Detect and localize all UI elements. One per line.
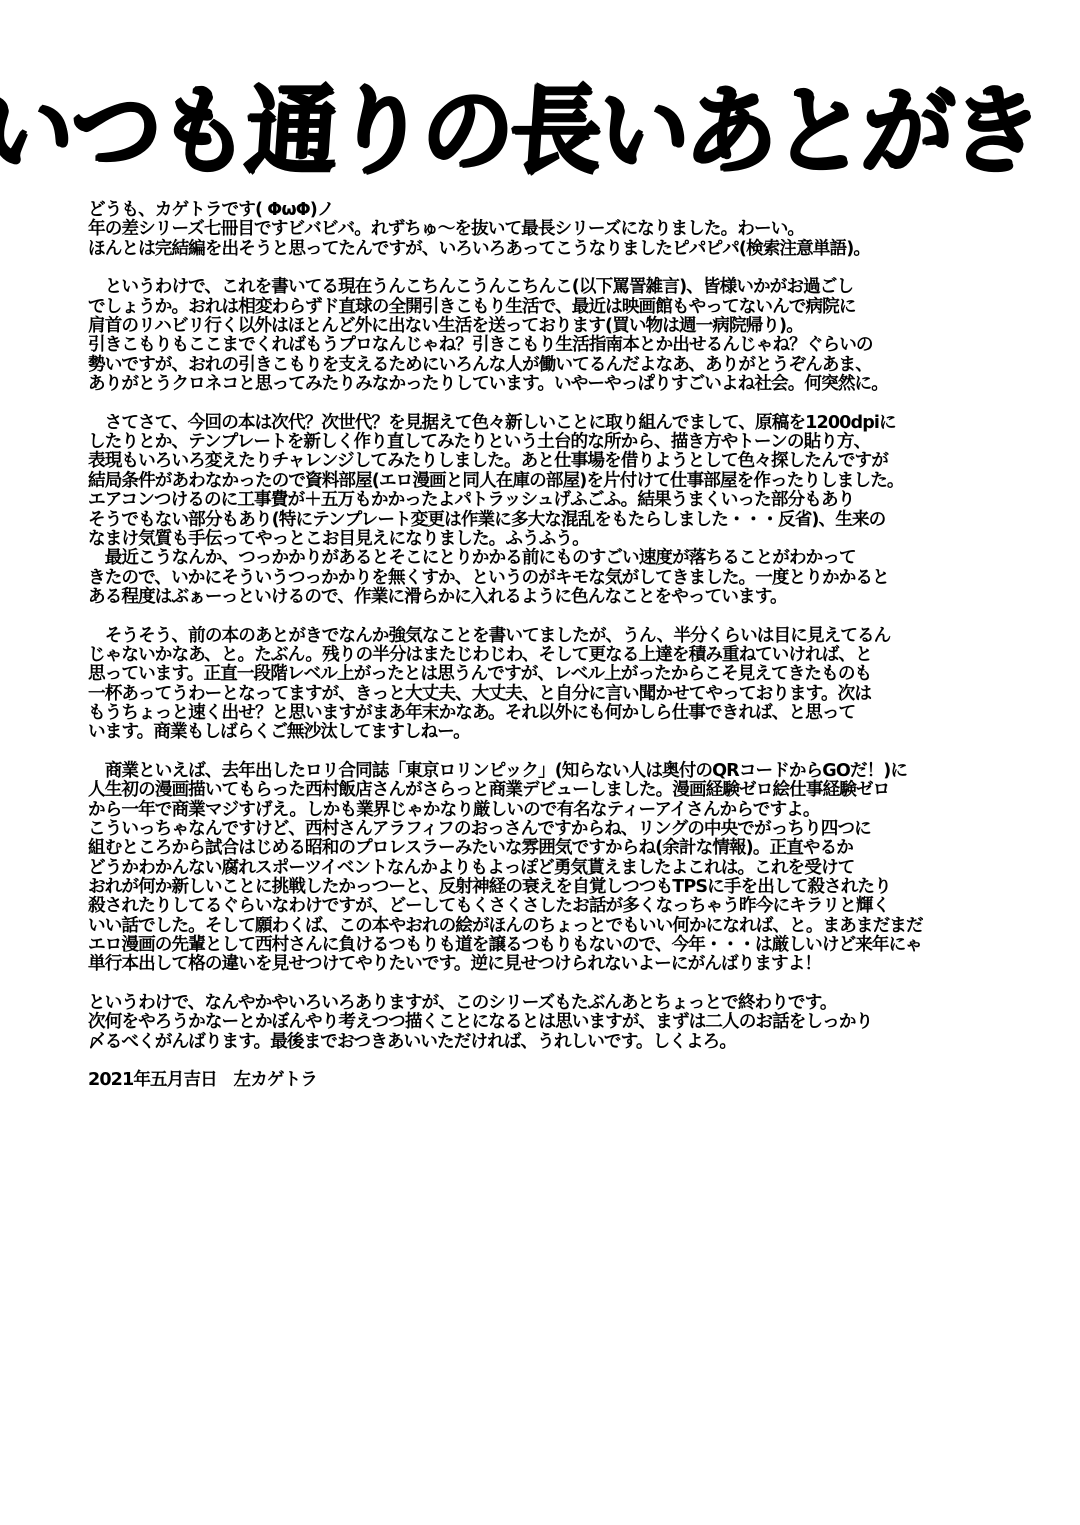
text-line: ある程度はぶぁーっといけるので、作業に滑らかに入れるように色んなことをやっていま…	[88, 588, 1048, 607]
paragraph-spacer	[88, 743, 1048, 762]
text-line: 表現もいろいろ変えたりチャレンジしてみたりしました。あと仕事場を借りようとして色…	[88, 452, 1048, 471]
text-line: ほんとは完結編を出そうと思ってたんですが、いろいろあってこうなりましたピパピパ(…	[88, 240, 1048, 259]
text-line: 商業といえば、去年出したロリ合同誌「東京ロリンピック」(知らない人は奥付のQRコ…	[88, 762, 1048, 781]
paragraph-lifestyle: というわけで、これを書いてる現在うんこちんこうんこちんこ(以下罵詈雑言)、皆様い…	[88, 278, 1048, 394]
text-line: 年の差シリーズ七冊目ですビバビバ。れずちゅ～を抜いて最長シリーズになりました。わ…	[88, 220, 1048, 239]
text-line: います。商業もしばらくご無沙汰してますしねー。	[88, 723, 1048, 742]
date-signature: 2021年五月吉日 左カゲトラ	[88, 1071, 1048, 1090]
text-line: きたので、いかにそういうつっかかりを無くすか、というのがキモな気がしてきました。…	[88, 569, 1048, 588]
text-line: 人生初の漫画描いてもらった西村飯店さんがさらっと商業デビューしました。漫画経験ゼ…	[88, 781, 1048, 800]
text-line: というわけで、なんやかやいろいろありますが、このシリーズもたぶんあとちょっとで終…	[88, 994, 1048, 1013]
text-line: 組むところから試合はじめる昭和のプロレスラーみたいな雰囲気ですからね(余計な情報…	[88, 839, 1048, 858]
paragraph-spacer	[88, 259, 1048, 278]
text-line: いい話でした。そして願わくば、この本やおれの絵がほんのちょっとでもいい何かになれ…	[88, 917, 1048, 936]
text-line: 結局条件があわなかったので資料部屋(エロ漫画と同人在庫の部屋)を片付けて仕事部屋…	[88, 472, 1048, 491]
paragraph-production: さてさて、今回の本は次代？次世代？を見据えて色々新しいことに取り組んでまして、原…	[88, 414, 1048, 607]
signature: 2021年五月吉日 左カゲトラ	[88, 1071, 1048, 1090]
text-line: こういっちゃなんですけど、西村さんアラフィフのおっさんですからね、リングの中央で…	[88, 820, 1048, 839]
text-line: そうでもない部分もあり(特にテンプレート変更は作業に多大な混乱をもたらしました・…	[88, 511, 1048, 530]
text-line: 引きこもりもここまでくればもうプロなんじゃね？引きこもり生活指南本とか出せるんじ…	[88, 336, 1048, 355]
text-line: 殺されたりしてるぐらいなわけですが、どーしてもくさくさしたお話が多くなっちゃう昨…	[88, 897, 1048, 916]
text-line: じゃないかなあ、と。たぶん。残りの半分はまたじわじわ、そして更なる上達を積み重ね…	[88, 646, 1048, 665]
paragraph-spacer	[88, 975, 1048, 994]
afterword-title: いつも通りの長いあとがき	[115, 55, 905, 192]
text-line: おれが何か新しいことに挑戦したかっつーと、反射神経の衰えを自覚しつつもTPSに手…	[88, 878, 1048, 897]
paragraph-spacer	[88, 1052, 1048, 1071]
paragraph-greeting: どうも、カゲトラです( ΦωΦ)ノ 年の差シリーズ七冊目ですビバビバ。れずちゅ～…	[88, 201, 1048, 259]
paragraph-progress: そうそう、前の本のあとがきでなんか強気なことを書いてましたが、うん、半分くらいは…	[88, 627, 1048, 743]
text-line: どうかわかんない腐れスポーツイベントなんかよりもよっぽど勇気貰えましたよこれは。…	[88, 859, 1048, 878]
text-line: したりとか、テンプレートを新しく作り直してみたりという土台的な所から、描き方やト…	[88, 433, 1048, 452]
text-line: どうも、カゲトラです( ΦωΦ)ノ	[88, 201, 1048, 220]
text-line: でしょうか。おれは相変わらずド直球の全開引きこもり生活で、最近は映画館もやってな…	[88, 298, 1048, 317]
text-line: 次何をやろうかなーとかぼんやり考えつつ描くことになるとは思いますが、まずは二人の…	[88, 1013, 1048, 1032]
text-line: 〆るべくがんばります。最後までおつきあいいただければ、うれしいです。しくよろ。	[88, 1033, 1048, 1052]
text-line: なまけ気質も手伝ってやっとこお目見えになりました。ふうふう。	[88, 530, 1048, 549]
paragraph-closing: というわけで、なんやかやいろいろありますが、このシリーズもたぶんあとちょっとで終…	[88, 994, 1048, 1052]
text-line: もうちょっと速く出せ？と思いますがまあ年末かなあ。それ以外にも何かしら仕事できれ…	[88, 704, 1048, 723]
text-line: 肩首のリハビリ行く以外はほとんど外に出ない生活を送っております(買い物は週一病院…	[88, 317, 1048, 336]
text-line: から一年で商業マジすげえ。しかも業界じゃかなり厳しいので有名なティーアイさんから…	[88, 801, 1048, 820]
text-line: 思っています。正直一段階レベル上がったとは思うんですが、レベル上がったからこそ見…	[88, 665, 1048, 684]
text-line: 一杯あってうわーとなってますが、きっと大丈夫、大丈夫、と自分に言い聞かせてやって…	[88, 685, 1048, 704]
text-line: 勢いですが、おれの引きこもりを支えるためにいろんな人が働いてるんだよなあ、ありが…	[88, 356, 1048, 375]
text-line: 単行本出して格の違いを見せつけてやりたいです。逆に見せつけられないよーにがんばり…	[88, 955, 1048, 974]
text-line: そうそう、前の本のあとがきでなんか強気なことを書いてましたが、うん、半分くらいは…	[88, 627, 1048, 646]
text-line: エアコンつけるのに工事費が＋五万もかかったよパトラッシュげふごふ。結果うまくいっ…	[88, 491, 1048, 510]
text-line: さてさて、今回の本は次代？次世代？を見据えて色々新しいことに取り組んでまして、原…	[88, 414, 1048, 433]
text-line: エロ漫画の先輩として西村さんに負けるつもりも道を譲るつもりもないので、今年・・・…	[88, 936, 1048, 955]
paragraph-spacer	[88, 607, 1048, 626]
paragraph-commercial: 商業といえば、去年出したロリ合同誌「東京ロリンピック」(知らない人は奥付のQRコ…	[88, 762, 1048, 975]
paragraph-spacer	[88, 394, 1048, 413]
text-line: というわけで、これを書いてる現在うんこちんこうんこちんこ(以下罵詈雑言)、皆様い…	[88, 278, 1048, 297]
text-line: ありがとうクロネコと思ってみたりみなかったりしています。いやーやっぱりすごいよね…	[88, 375, 1048, 394]
afterword-body: どうも、カゲトラです( ΦωΦ)ノ 年の差シリーズ七冊目ですビバビバ。れずちゅ～…	[88, 201, 1048, 1091]
text-line: 最近こうなんか、つっかかりがあるとそこにとりかかる前にものすごい速度が落ちること…	[88, 549, 1048, 568]
